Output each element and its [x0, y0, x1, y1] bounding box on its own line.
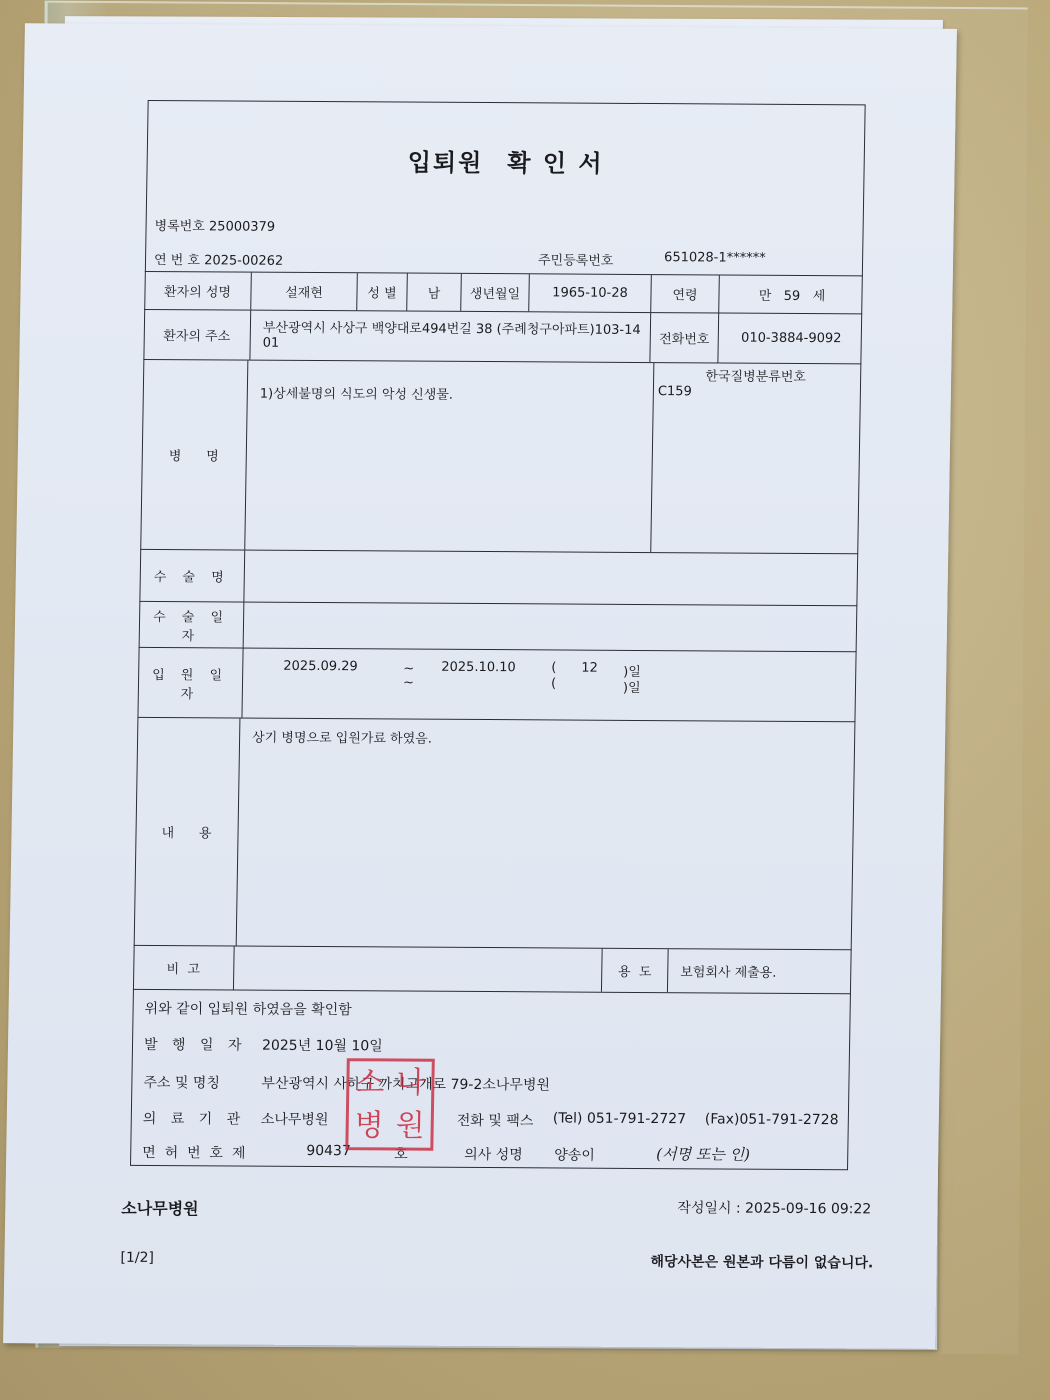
patient-sex: 남: [406, 274, 461, 311]
record-number: 병록번호 25000379: [154, 215, 275, 235]
diagnosis-label: 병 명: [140, 360, 247, 550]
resident-number-label: 주민등록번호: [538, 249, 614, 268]
admission-to: 2025.10.10: [441, 660, 516, 675]
tilde-2: ~: [403, 676, 414, 691]
tilde-1: ~: [403, 662, 414, 677]
phone-label: 전화번호: [649, 313, 718, 362]
paren-close-2: )일: [623, 677, 641, 696]
resident-number: 651028-1******: [664, 250, 766, 266]
remarks-row: 비 고 용 도 보험회사 제출용.: [133, 945, 852, 993]
admission-row: 입 원 일 자 2025.09.29 ~ 2025.10.10 ( 12 )일 …: [137, 647, 856, 721]
name-label: 환자의 성명: [144, 272, 251, 310]
admission-days: 12: [581, 661, 598, 676]
confirmation-statement: 위와 같이 입퇴원 하였음을 확인함: [144, 998, 351, 1019]
issue-date-label: 발 행 일 자: [144, 1034, 247, 1055]
content-label: 내 용: [134, 718, 240, 946]
patient-dob: 1965-10-28: [528, 274, 651, 312]
admission-label: 입 원 일 자: [137, 648, 242, 718]
surgery-name-label: 수 술 명: [139, 550, 244, 602]
serial-number: 연 번 호 2025-00262: [154, 249, 284, 269]
paren-open-1: (: [551, 660, 556, 675]
hospital-address-label: 주소 및 명칭: [143, 1072, 220, 1092]
purpose-label: 용 도: [601, 949, 668, 992]
document-title: 입퇴원확 인 서: [147, 141, 864, 180]
kcd-code: C159: [658, 384, 692, 399]
kcd-label: 한국질병분류번호: [705, 365, 806, 385]
paren-open-2: (: [551, 676, 556, 691]
patient-name: 설재현: [250, 273, 357, 311]
admission-period: 2025.09.29 ~ 2025.10.10 ( 12 )일 ~ ( )일: [241, 649, 856, 722]
surgery-date: [243, 603, 858, 652]
created-at: 작성일시 : 2025-09-16 09:22: [677, 1197, 871, 1218]
copy-notice: 해당사본은 원본과 다름이 없습니다.: [650, 1251, 873, 1272]
diagnosis-row: 병 명 1)상세불명의 식도의 악성 신생물. 한국질병분류번호 C159: [140, 359, 861, 553]
patient-age: 만 59 세: [718, 275, 865, 313]
surgery-name-row: 수 술 명: [139, 549, 858, 605]
institution-name: 소나무병원: [261, 1109, 329, 1129]
patient-address-row: 환자의 주소 부산광역시 사상구 백양대로494번길 38 (주례청구아파트)1…: [143, 309, 862, 363]
purpose-value: 보험회사 제출용.: [667, 949, 852, 993]
patient-address: 부산광역시 사상구 백양대로494번길 38 (주례청구아파트)103-1401: [249, 311, 650, 362]
surgery-date-row: 수 술 일 자: [139, 601, 858, 651]
footer-hospital-name: 소나무병원: [121, 1196, 199, 1219]
document-page: 입퇴원확 인 서 병록번호 25000379 연 번 호 2025-00262 …: [3, 23, 957, 1349]
hospital-seal-icon: 소 나 병 원: [345, 1058, 435, 1151]
surgery-date-label: 수 술 일 자: [139, 602, 244, 648]
remarks-value: [233, 947, 602, 992]
patient-phone: 010-3884-9092: [717, 313, 864, 363]
sex-label: 성 별: [356, 273, 407, 310]
content-row: 내 용 상기 병명으로 입원가료 하였음.: [134, 717, 856, 949]
doctor-name: 양송이: [554, 1144, 595, 1164]
contact-label: 전화 및 팩스: [457, 1110, 534, 1130]
dob-label: 생년월일: [460, 274, 529, 311]
age-label: 연령: [650, 275, 719, 312]
doctor-label: 의사 성명: [464, 1144, 523, 1164]
institution-label: 의 료 기 관: [143, 1108, 246, 1129]
address-label: 환자의 주소: [143, 310, 250, 360]
kcd-cell: 한국질병분류번호 C159: [650, 363, 863, 553]
content-text: 상기 병명으로 입원가료 하였음.: [236, 719, 856, 950]
hospital-fax: (Fax)051-791-2728: [705, 1111, 839, 1128]
surgery-name: [243, 551, 858, 606]
hospital-tel: (Tel) 051-791-2727: [553, 1110, 686, 1127]
patient-info-row: 환자의 성명 설재현 성 별 남 생년월일 1965-10-28 연령 만 59…: [144, 271, 863, 313]
license-label: 면 허 번 호 제: [142, 1142, 246, 1163]
admission-from: 2025.09.29: [283, 659, 358, 674]
remarks-label: 비 고: [133, 946, 234, 990]
page-number: [1/2]: [120, 1250, 154, 1266]
diagnosis-text: 1)상세불명의 식도의 악성 신생물.: [244, 361, 653, 552]
certificate-form: 입퇴원확 인 서 병록번호 25000379 연 번 호 2025-00262 …: [130, 100, 866, 1170]
issue-date: 2025년 10월 10일: [262, 1035, 383, 1056]
signature: (서명 또는 인): [656, 1143, 750, 1165]
confirmation-block: 위와 같이 입퇴원 하였음을 확인함 발 행 일 자 2025년 10월 10일…: [130, 989, 851, 1169]
license-number: 90437: [306, 1143, 351, 1159]
